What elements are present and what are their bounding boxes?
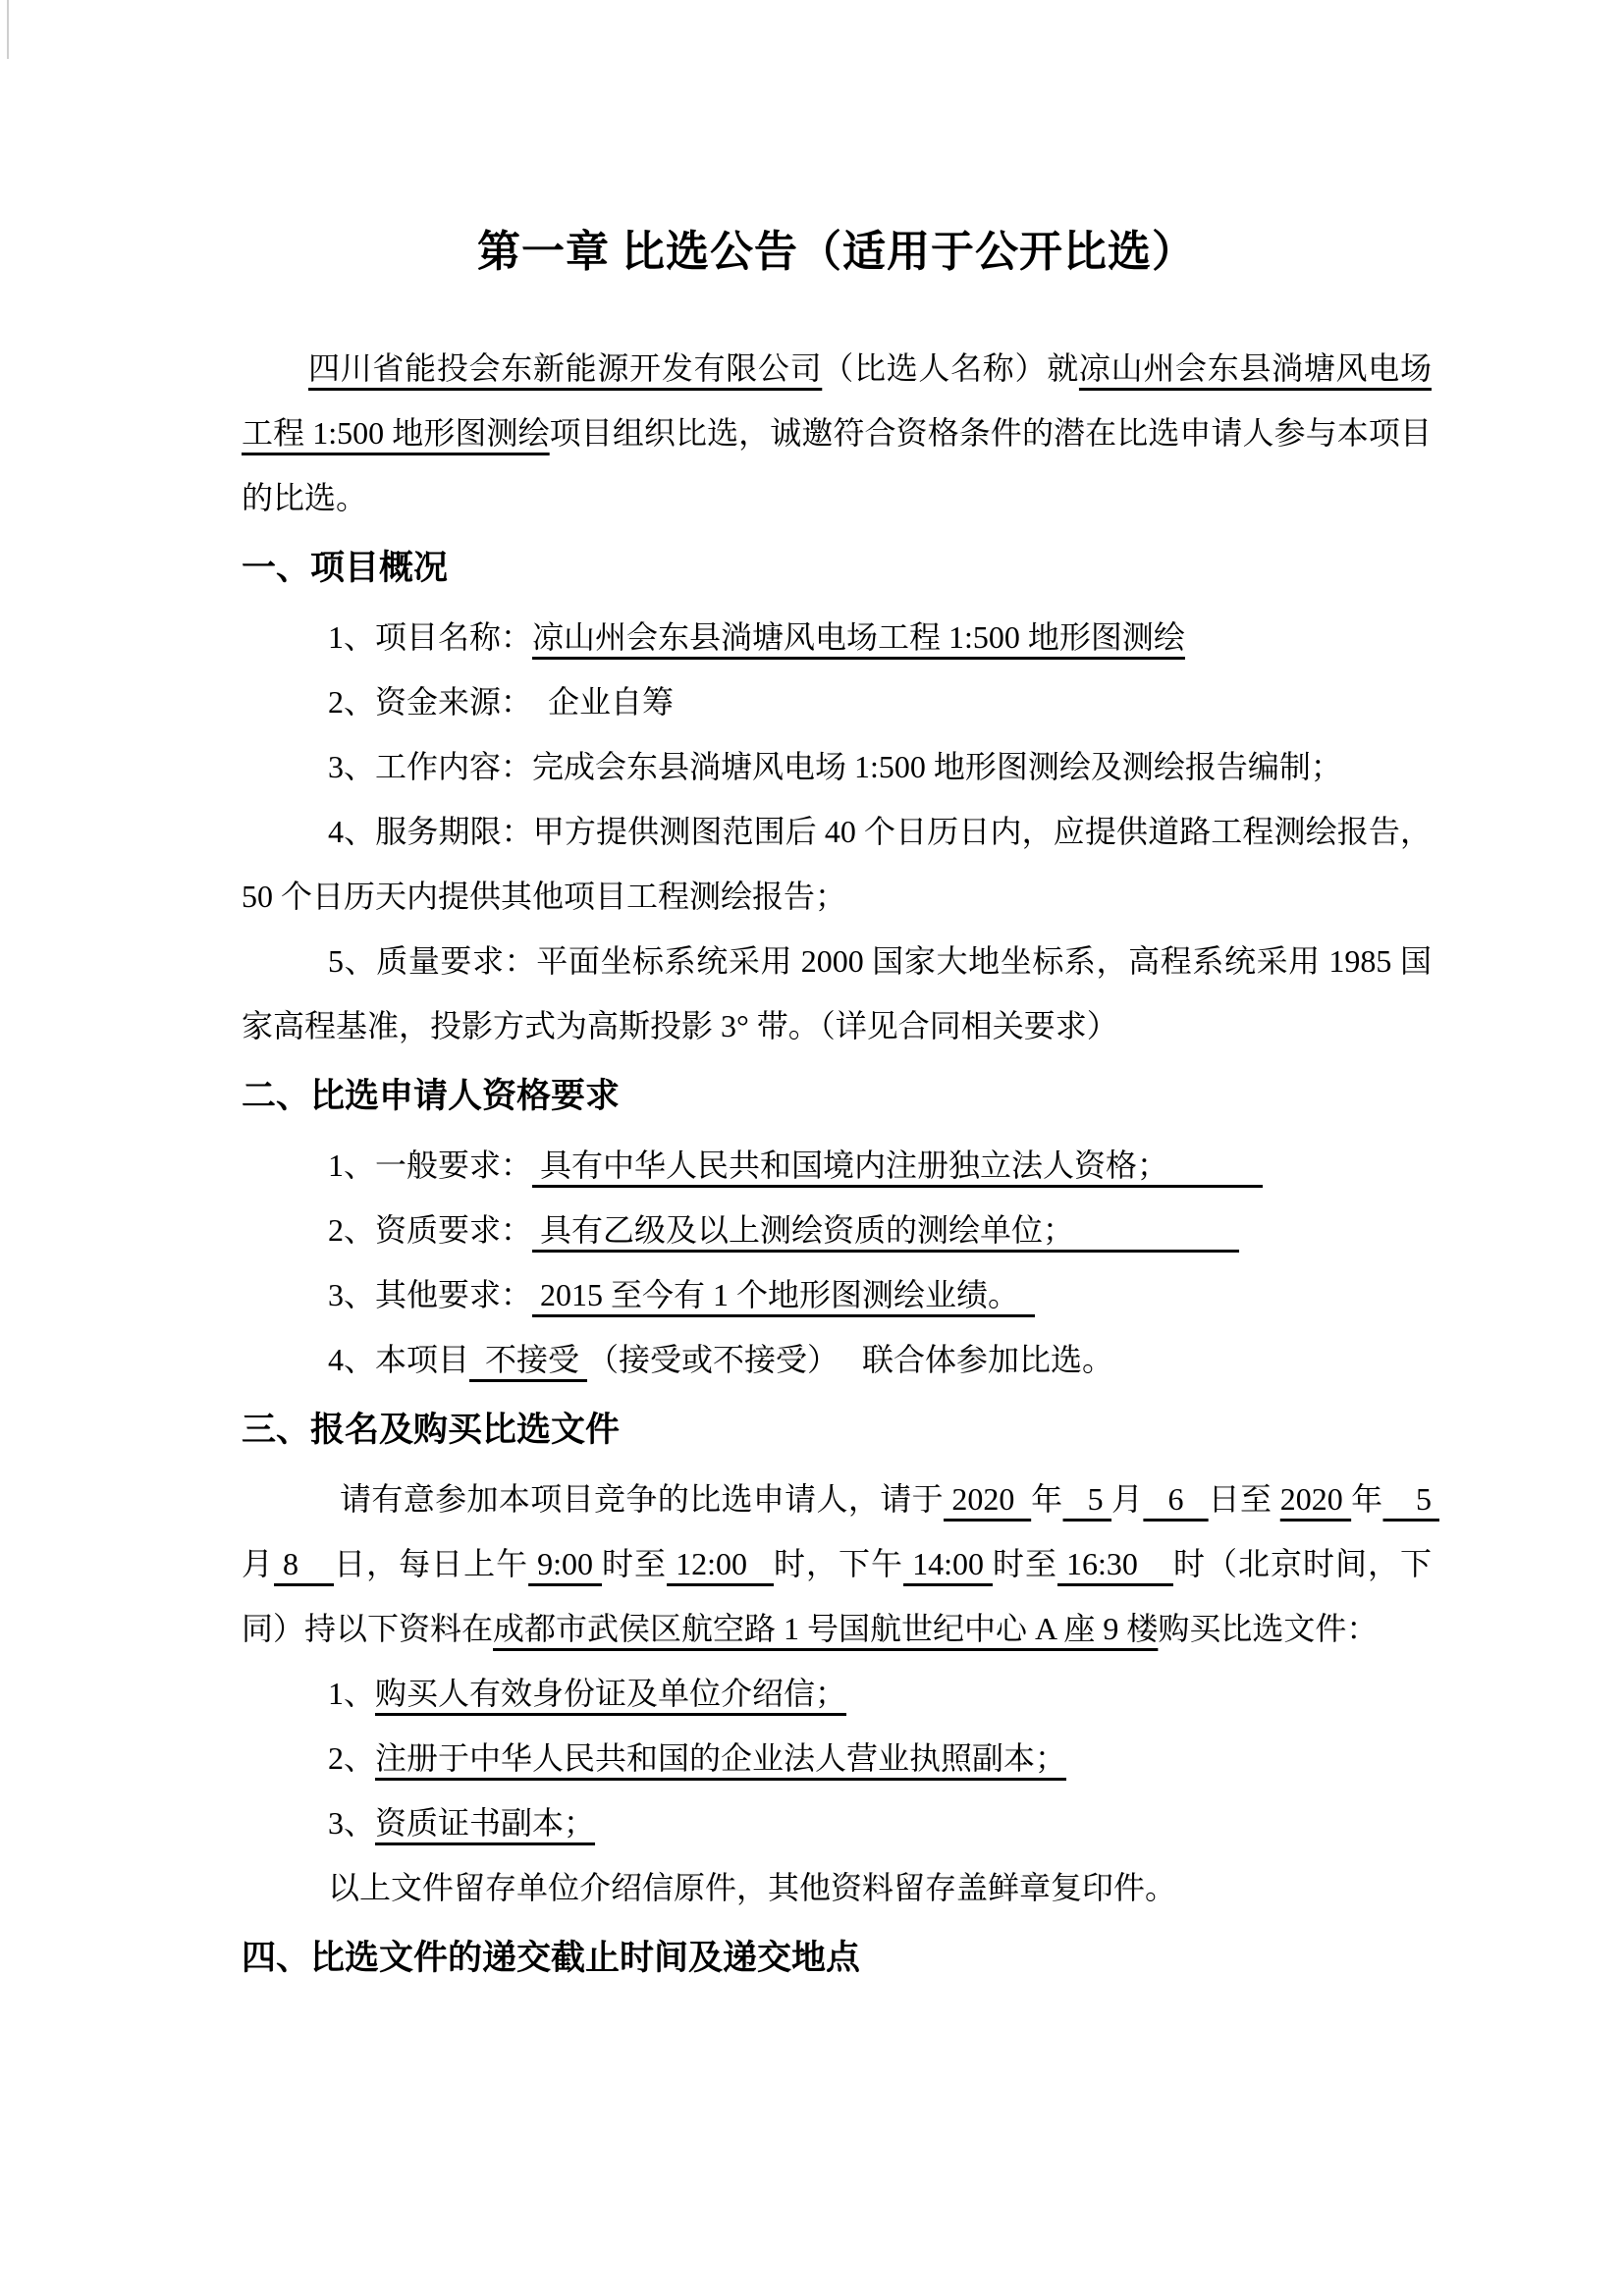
consortium-choice-value: 不接受 bbox=[469, 1342, 587, 1377]
text-run: 2、资质要求： bbox=[328, 1212, 532, 1248]
purchase-doc-1-value: 购买人有效身份证及单位介绍信； bbox=[375, 1676, 846, 1711]
text-run: （接受或不接受） 联合体参加比选。 bbox=[587, 1342, 1113, 1377]
purchase-info-paragraph: 请有意参加本项目竞争的比选申请人，请于 2020 年 5 月 6 日至 2020… bbox=[242, 1467, 1432, 1661]
morning-end-time-blank: 12:00 bbox=[667, 1546, 774, 1581]
end-day-blank: 8 bbox=[274, 1546, 334, 1581]
general-requirement-value: 具有中华人民共和国境内注册独立法人资格； bbox=[532, 1148, 1263, 1183]
purchase-address-underlined: 成都市武侯区航空路 1 号国航世纪中心 A 座 9 楼 bbox=[493, 1611, 1158, 1646]
purchase-doc-item-2: 2、注册于中华人民共和国的企业法人营业执照副本； bbox=[242, 1726, 1432, 1790]
funding-source-item: 2、资金来源： 企业自筹 bbox=[242, 669, 1432, 734]
text-run: 月 bbox=[242, 1546, 274, 1581]
text-run: 3、 bbox=[328, 1805, 375, 1841]
afternoon-end-time-blank: 16:30 bbox=[1057, 1546, 1173, 1581]
general-requirement-item: 1、一般要求： 具有中华人民共和国境内注册独立法人资格； bbox=[242, 1133, 1432, 1198]
quality-requirement-item: 5、质量要求：平面坐标系统采用 2000 国家大地坐标系，高程系统采用 1985… bbox=[242, 929, 1432, 1058]
start-day-blank: 6 bbox=[1143, 1481, 1208, 1517]
project-name-value: 凉山州会东县淌塘风电场工程 1:500 地形图测绘 bbox=[532, 619, 1185, 655]
other-requirement-value: 2015 至今有 1 个地形图测绘业绩。 bbox=[532, 1277, 1035, 1312]
section-overview-heading: 一、项目概况 bbox=[242, 544, 1432, 593]
section-deadline-heading: 四、比选文件的递交截止时间及递交地点 bbox=[242, 1934, 1432, 1983]
text-run: 4、本项目 bbox=[328, 1342, 469, 1377]
document-page: 第一章 比选公告（适用于公开比选） 四川省能投会东新能源开发有限公司（比选人名称… bbox=[0, 0, 1624, 2296]
start-month-blank: 5 bbox=[1063, 1481, 1111, 1517]
section-qualification-heading: 二、比选申请人资格要求 bbox=[242, 1072, 1432, 1121]
purchase-doc-2-value: 注册于中华人民共和国的企业法人营业执照副本； bbox=[375, 1740, 1066, 1776]
consortium-item: 4、本项目 不接受 （接受或不接受） 联合体参加比选。 bbox=[242, 1327, 1432, 1392]
text-run: 月 bbox=[1111, 1481, 1143, 1517]
other-requirement-item: 3、其他要求： 2015 至今有 1 个地形图测绘业绩。 bbox=[242, 1262, 1432, 1327]
text-run: 日至 bbox=[1209, 1481, 1280, 1517]
end-year-blank: 2020 bbox=[1280, 1481, 1351, 1517]
intro-paragraph: 四川省能投会东新能源开发有限公司（比选人名称）就凉山州会东县淌塘风电场工程 1:… bbox=[242, 336, 1432, 530]
text-run: 购买比选文件： bbox=[1158, 1611, 1378, 1646]
text-run: （比选人名称）就 bbox=[822, 350, 1079, 386]
start-year-blank: 2020 bbox=[944, 1481, 1031, 1517]
text-run: 时，下午 bbox=[774, 1546, 903, 1581]
afternoon-start-time-blank: 14:00 bbox=[903, 1546, 993, 1581]
text-run: 1、项目名称： bbox=[328, 619, 532, 655]
purchase-doc-item-1: 1、购买人有效身份证及单位介绍信； bbox=[242, 1661, 1432, 1726]
project-name-item: 1、项目名称：凉山州会东县淌塘风电场工程 1:500 地形图测绘 bbox=[242, 605, 1432, 669]
page-title: 第一章 比选公告（适用于公开比选） bbox=[242, 224, 1432, 281]
text-run: 时至 bbox=[993, 1546, 1057, 1581]
text-run: 3、其他要求： bbox=[328, 1277, 532, 1312]
text-run: 2、 bbox=[328, 1740, 375, 1776]
text-run: 年 bbox=[1031, 1481, 1062, 1517]
service-period-item: 4、服务期限：甲方提供测图范围后 40 个日历日内，应提供道路工程测绘报告，50… bbox=[242, 799, 1432, 929]
morning-start-time-blank: 9:00 bbox=[528, 1546, 602, 1581]
text-run: 1、 bbox=[328, 1676, 375, 1711]
purchase-doc-3-value: 资质证书副本； bbox=[375, 1805, 595, 1841]
section-registration-heading: 三、报名及购买比选文件 bbox=[242, 1406, 1432, 1455]
qualification-requirement-item: 2、资质要求： 具有乙级及以上测绘资质的测绘单位； bbox=[242, 1198, 1432, 1262]
work-content-item: 3、工作内容：完成会东县淌塘风电场 1:500 地形图测绘及测绘报告编制； bbox=[242, 734, 1432, 799]
text-run: 请有意参加本项目竞争的比选申请人，请于 bbox=[340, 1481, 944, 1517]
text-run: 时至 bbox=[602, 1546, 667, 1581]
text-run: 1、一般要求： bbox=[328, 1148, 532, 1183]
text-run: 日，每日上午 bbox=[334, 1546, 528, 1581]
purchase-doc-item-3: 3、资质证书副本； bbox=[242, 1790, 1432, 1855]
qualification-requirement-value: 具有乙级及以上测绘资质的测绘单位； bbox=[532, 1212, 1239, 1248]
scan-artifact bbox=[7, 0, 9, 59]
retention-note: 以上文件留存单位介绍信原件，其他资料留存盖鲜章复印件。 bbox=[242, 1855, 1432, 1920]
bidder-name-underlined: 四川省能投会东新能源开发有限公司 bbox=[308, 350, 822, 386]
end-month-blank: 5 bbox=[1383, 1481, 1439, 1517]
text-run: 年 bbox=[1351, 1481, 1382, 1517]
